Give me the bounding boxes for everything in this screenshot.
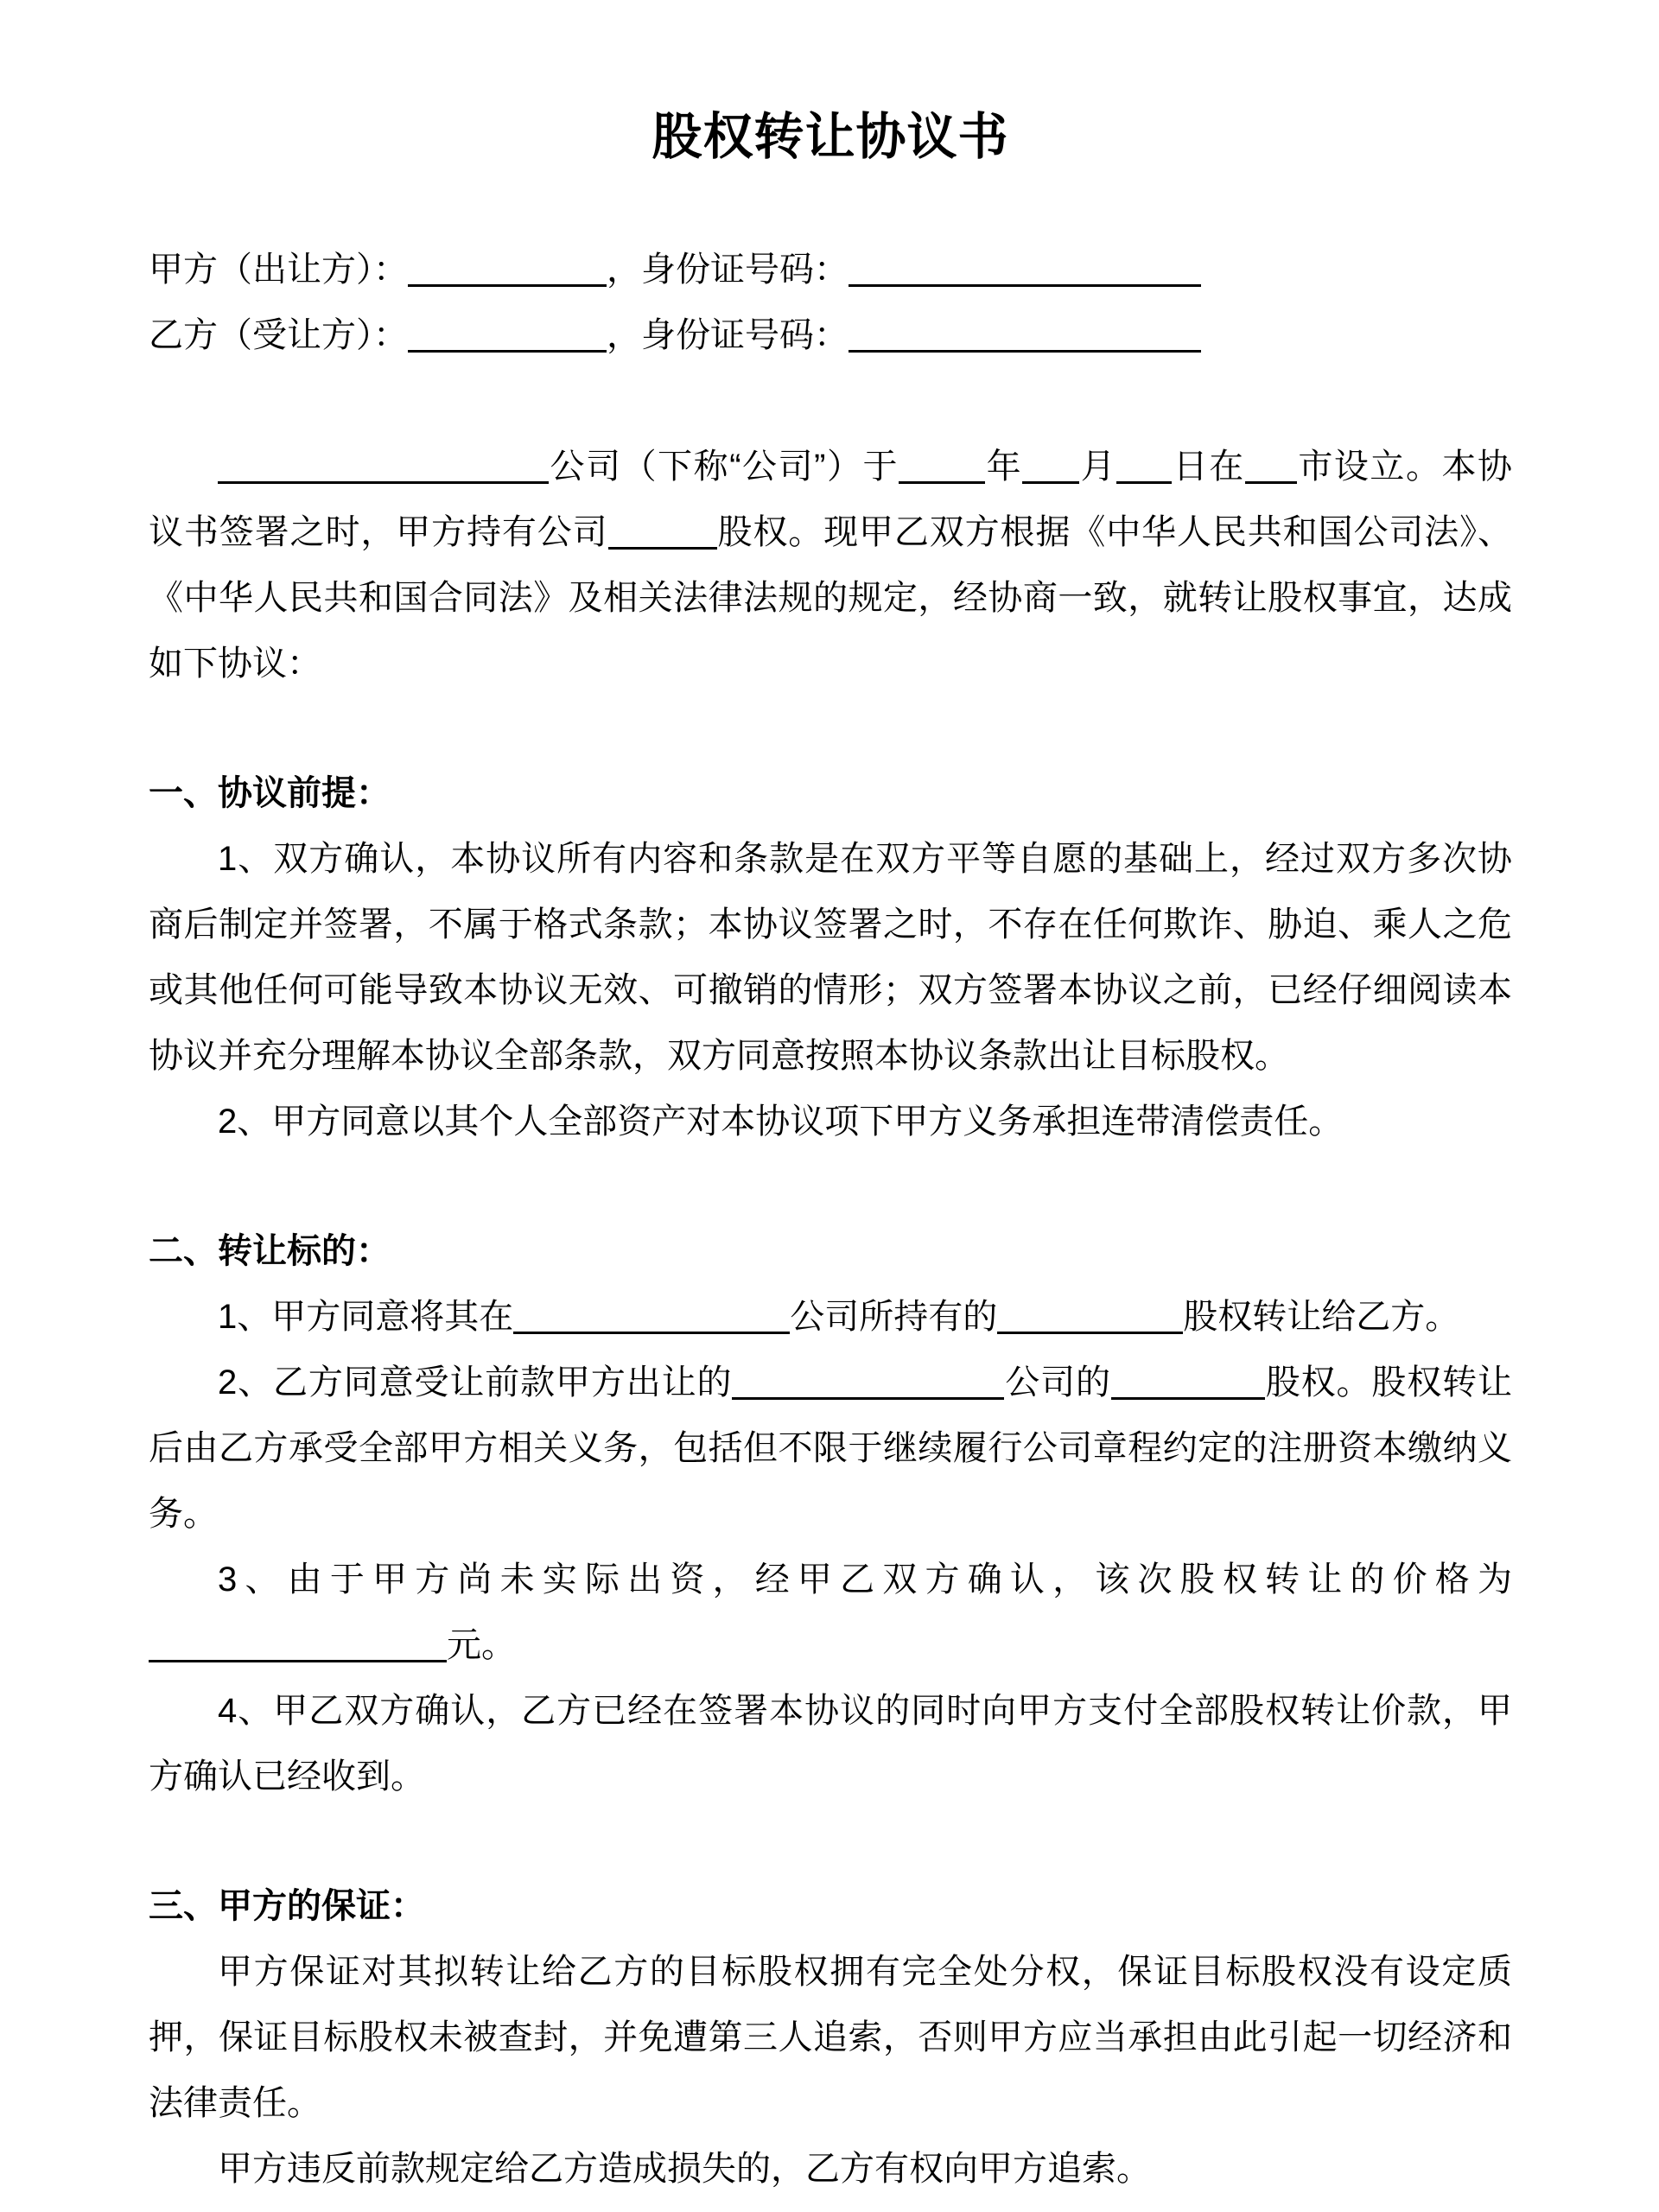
section-party-a-guarantee-heading: 三、甲方的保证： (149, 1873, 1512, 1939)
blank-underline (1116, 481, 1172, 484)
section-transfer-subject-heading: 二、转让标的： (149, 1218, 1512, 1284)
blank-underline (1111, 1397, 1265, 1400)
blank-underline (732, 1397, 1004, 1400)
blank-underline (218, 481, 549, 484)
party-a-line: 甲方（出让方）：，身份证号码： (149, 237, 1512, 302)
section-transfer-subject-item-1: 1、甲方同意将其在公司所持有的股权转让给乙方。 (149, 1284, 1512, 1350)
section-transfer-subject-item-3: 3、由于甲方尚未实际出资，经甲乙双方确认，该次股权转让的价格为元。 (149, 1547, 1512, 1678)
blank-underline (849, 284, 1201, 287)
section-transfer-subject-item-4: 4、甲乙双方确认，乙方已经在签署本协议的同时向甲方支付全部股权转让价款，甲方确认… (149, 1678, 1512, 1809)
parties-block: 甲方（出让方）：，身份证号码： 乙方（受让方）：，身份证号码： (149, 237, 1512, 368)
blank-underline (899, 481, 985, 484)
section-party-a-guarantee: 三、甲方的保证： 甲方保证对其拟转让给乙方的目标股权拥有完全处分权，保证目标股权… (149, 1873, 1512, 2202)
section-party-a-guarantee-para-1: 甲方保证对其拟转让给乙方的目标股权拥有完全处分权，保证目标股权没有设定质押，保证… (149, 1939, 1512, 2136)
section-transfer-subject-item-2: 2、乙方同意受让前款甲方出让的公司的股权。股权转让后由乙方承受全部甲方相关义务，… (149, 1350, 1512, 1547)
section-premise-item-1: 1、双方确认，本协议所有内容和条款是在双方平等自愿的基础上，经过双方多次协商后制… (149, 826, 1512, 1089)
blank-underline (149, 1660, 447, 1662)
preamble-paragraph: 公司（下称“公司”）于年月日在市设立。本协议书签署之时，甲方持有公司股权。现甲乙… (149, 434, 1512, 696)
section-premise-item-2: 2、甲方同意以其个人全部资产对本协议项下甲方义务承担连带清偿责任。 (149, 1089, 1512, 1154)
party-b-line: 乙方（受让方）：，身份证号码： (149, 302, 1512, 368)
blank-underline (1022, 481, 1079, 484)
blank-underline (408, 284, 607, 287)
blank-underline (408, 350, 607, 353)
blank-underline (608, 547, 717, 550)
section-party-a-guarantee-para-2: 甲方违反前款规定给乙方造成损失的，乙方有权向甲方追索。 (149, 2136, 1512, 2202)
blank-underline (1245, 481, 1297, 484)
blank-underline (513, 1332, 790, 1334)
section-premise: 一、协议前提： 1、双方确认，本协议所有内容和条款是在双方平等自愿的基础上，经过… (149, 760, 1512, 1154)
section-premise-heading: 一、协议前提： (149, 760, 1512, 826)
blank-underline (849, 350, 1201, 353)
blank-underline (997, 1332, 1183, 1334)
document-page: 股权转让协议书 甲方（出让方）：，身份证号码： 乙方（受让方）：，身份证号码： … (0, 0, 1659, 2212)
document-title: 股权转让协议书 (149, 102, 1512, 173)
section-transfer-subject: 二、转让标的： 1、甲方同意将其在公司所持有的股权转让给乙方。 2、乙方同意受让… (149, 1218, 1512, 1809)
